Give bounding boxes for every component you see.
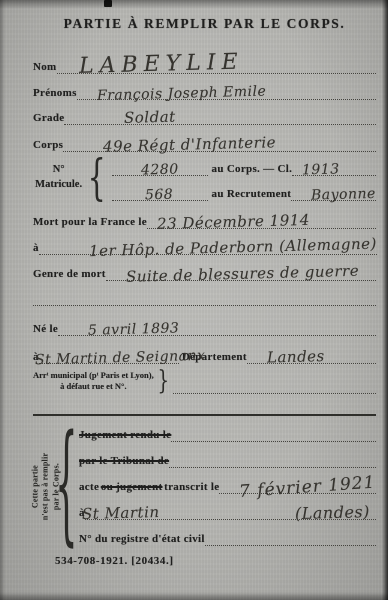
arr-municipal-label-line2: à défaut rue et N°. — [60, 381, 126, 391]
matricule-row-corps: 4280 au Corps. — Cl. 1913 — [112, 154, 376, 176]
matricule-label-line1: N° — [53, 164, 65, 175]
matricule-recrutement-place: Bayonne — [291, 186, 376, 204]
genre-mort-value: Suite de blessures de guerre — [106, 262, 359, 287]
tribunal-line — [169, 463, 376, 468]
field-lieu-naissance: à St Martin de Seignanx Département Land… — [33, 340, 376, 364]
lieu-transcription-line: St Martin (Landes) — [85, 503, 376, 520]
departement-value: Landes — [247, 347, 325, 367]
field-corps: Corps 49e Régt d'Infanterie — [33, 128, 376, 152]
registre-line — [205, 541, 376, 546]
grade-line: Soldat — [64, 109, 376, 125]
matricule-label: N° Matricule. — [33, 163, 84, 191]
matricule-recrutement-label: au Recrutement — [208, 188, 292, 201]
field-lieu-transcription: à St Martin (Landes) — [79, 500, 376, 520]
field-ne-le: Né le 5 avril 1893 — [33, 314, 376, 336]
matricule-recrutement-place-line: Bayonne — [291, 187, 376, 201]
acte-label-struck: ou jugement — [101, 481, 163, 494]
blank-dotted-line — [33, 301, 376, 306]
corps-label: Corps — [33, 139, 63, 152]
matricule-row-recrutement: 568 au Recrutement Bayonne — [112, 179, 376, 201]
side-note-line2: n'est pas à remplir — [41, 453, 50, 520]
prenoms-line: François Joseph Emile — [77, 86, 376, 100]
acte-value: 7 février 1921 — [219, 473, 377, 504]
lieu-transcription-departement: (Landes) — [295, 502, 376, 523]
jugement-label-struck: Jugement rendu le — [79, 429, 171, 442]
mort-line: 23 Décembre 1914 — [147, 213, 376, 229]
lieu-naissance-value: St Martin de Seignanx — [35, 348, 206, 368]
section-divider-rule — [33, 414, 376, 416]
field-tribunal: par le Tribunal de — [79, 448, 376, 468]
civil-transcription-section: Cette partie n'est pas à remplir par le … — [33, 422, 376, 546]
jugement-line — [171, 437, 376, 442]
field-registre: N° du registre d'état civil — [79, 526, 376, 546]
matricule-corps-line: 4280 — [112, 162, 208, 176]
tribunal-label-struck: par le Tribunal de — [79, 455, 169, 468]
section-brace: { — [55, 419, 78, 549]
field-grade: Grade Soldat — [33, 103, 376, 125]
arr-municipal-brace: } — [157, 368, 169, 394]
corps-line: 49e Régt d'Infanterie — [63, 136, 376, 152]
nom-value: LABEYLIE — [56, 50, 243, 80]
grade-label: Grade — [33, 112, 64, 125]
field-mort: Mort pour la France le 23 Décembre 1914 — [33, 207, 376, 229]
scan-edge-mark — [104, 0, 112, 7]
ne-le-label: Né le — [33, 323, 58, 336]
blank-line — [33, 301, 376, 306]
matricule-classe-value: 1913 — [292, 161, 340, 178]
matricule-corps-label: au Corps. — Cl. — [208, 163, 293, 176]
field-arr-municipal: Arrᵗ municipal (pᵗ Paris et Lyon), à déf… — [33, 368, 376, 394]
matricule-classe-line: 1913 — [292, 162, 376, 176]
form-content: PARTIE À REMPLIR PAR LE CORPS. Nom LABEY… — [0, 0, 388, 600]
mort-label: Mort pour la France le — [33, 216, 147, 229]
matricule-label-line2: Matricule. — [35, 179, 82, 190]
matricule-recrutement-line: 568 — [112, 187, 208, 201]
acte-line: 7 février 1921 — [219, 478, 376, 494]
field-prenoms: Prénoms François Joseph Emile — [33, 78, 376, 100]
ne-le-line: 5 avril 1893 — [58, 322, 376, 336]
field-lieu-mort: à 1er Hôp. de Paderborn (Allemagne) — [33, 231, 376, 255]
prenoms-label: Prénoms — [33, 87, 77, 100]
field-nom: Nom LABEYLIE — [33, 46, 376, 74]
genre-mort-label: Genre de mort — [33, 268, 106, 281]
arr-municipal-label-line1: Arrᵗ municipal (pᵗ Paris et Lyon), — [33, 370, 154, 380]
nom-line: LABEYLIE — [57, 52, 376, 74]
acte-label-end: transcrit le — [164, 481, 219, 494]
genre-mort-line: Suite de blessures de guerre — [106, 265, 376, 281]
prenoms-value: François Joseph Emile — [76, 84, 266, 105]
matricule-corps-value: 4280 — [141, 162, 179, 179]
matricule-rows: 4280 au Corps. — Cl. 1913 568 au Recrute… — [112, 154, 376, 201]
matricule-brace: { — [88, 156, 106, 199]
field-acte-transcrit: acte ou jugement transcrit le 7 février … — [79, 474, 376, 494]
lieu-mort-line: 1er Hôp. de Paderborn (Allemagne) — [39, 239, 377, 255]
mort-value: 23 Décembre 1914 — [147, 211, 310, 233]
matricule-recrutement-value: 568 — [145, 187, 174, 204]
ne-le-value: 5 avril 1893 — [58, 320, 180, 339]
nom-label: Nom — [33, 61, 57, 74]
arr-municipal-line — [173, 389, 376, 394]
field-genre-mort: Genre de mort Suite de blessures de guer… — [33, 257, 376, 281]
printer-imprint: 534-708-1921. [20434.] — [33, 555, 376, 567]
side-note-line1: Cette partie — [30, 465, 39, 508]
lieu-naissance-line: St Martin de Seignanx — [39, 350, 179, 364]
departement-line: Landes — [247, 348, 376, 364]
field-matricule: N° Matricule. { 4280 au Corps. — Cl. 191… — [33, 154, 376, 201]
arr-municipal-label: Arrᵗ municipal (pᵗ Paris et Lyon), à déf… — [33, 370, 154, 393]
field-jugement: Jugement rendu le — [79, 422, 376, 442]
registre-label: N° du registre d'état civil — [79, 533, 205, 546]
acte-label-start: acte — [79, 481, 99, 494]
grade-value: Soldat — [64, 108, 176, 129]
lieu-transcription-value: St Martin — [82, 503, 160, 523]
scanned-death-record-form: PARTIE À REMPLIR PAR LE CORPS. Nom LABEY… — [0, 0, 388, 600]
form-title: PARTIE À REMPLIR PAR LE CORPS. — [33, 16, 376, 32]
